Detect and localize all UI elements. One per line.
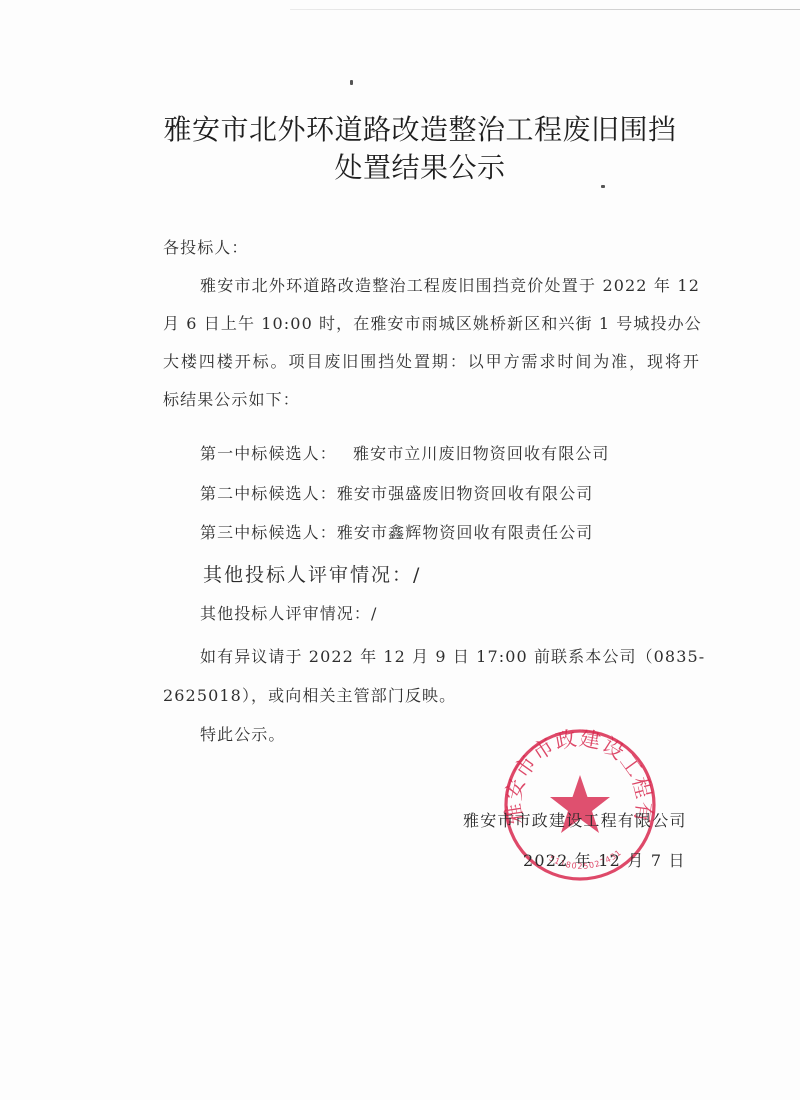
objection-line: 如有异议请于 2022 年 12 月 9 日 17:00 前联系本公司（0835… [200,644,700,667]
candidate-name: 雅安市鑫辉物资回收有限责任公司 [337,523,594,542]
objection-line: 2625018），或向相关主管部门反映。 [163,683,456,706]
signature-company: 雅安市市政建设工程有限公司 [463,808,687,831]
other-review: 其他投标人评审情况：/ [200,601,378,624]
other-review-large: 其他投标人评审情况：/ [203,560,421,587]
document-page: 雅安市北外环道路改造整治工程废旧围挡 处置结果公示 各投标人： 雅安市北外环道路… [0,0,800,1100]
candidate-label: 第二中标候选人： [200,484,337,503]
signature-date: 2022 年 12 月 7 日 [523,848,686,871]
paragraph-line: 标结果公示如下： [163,387,300,410]
scan-speck [350,80,353,85]
paragraph-line: 大楼四楼开标。项目废旧围挡处置期：以甲方需求时间为准，现将开 [163,349,700,372]
candidate-name: 雅安市强盛废旧物资回收有限公司 [337,484,594,503]
paragraph-line: 月 6 日上午 10:00 时，在雅安市雨城区姚桥新区和兴街 1 号城投办公 [163,311,700,334]
candidate-2: 第二中标候选人：雅安市强盛废旧物资回收有限公司 [200,481,593,504]
page-subtitle: 处置结果公示 [140,146,700,186]
scan-artifact [290,9,800,10]
candidate-label: 第三中标候选人： [200,523,337,542]
page-title: 雅安市北外环道路改造整治工程废旧围挡 [140,108,700,148]
candidate-name: 雅安市立川废旧物资回收有限公司 [353,444,610,463]
paragraph-line: 雅安市北外环道路改造整治工程废旧围挡竞价处置于 2022 年 12 [200,273,700,296]
closing: 特此公示。 [200,722,286,745]
candidate-label: 第一中标候选人： [200,444,337,463]
candidate-1: 第一中标候选人： 雅安市立川废旧物资回收有限公司 [200,441,610,464]
candidate-3: 第三中标候选人：雅安市鑫辉物资回收有限责任公司 [200,520,593,543]
salutation: 各投标人： [163,235,249,258]
